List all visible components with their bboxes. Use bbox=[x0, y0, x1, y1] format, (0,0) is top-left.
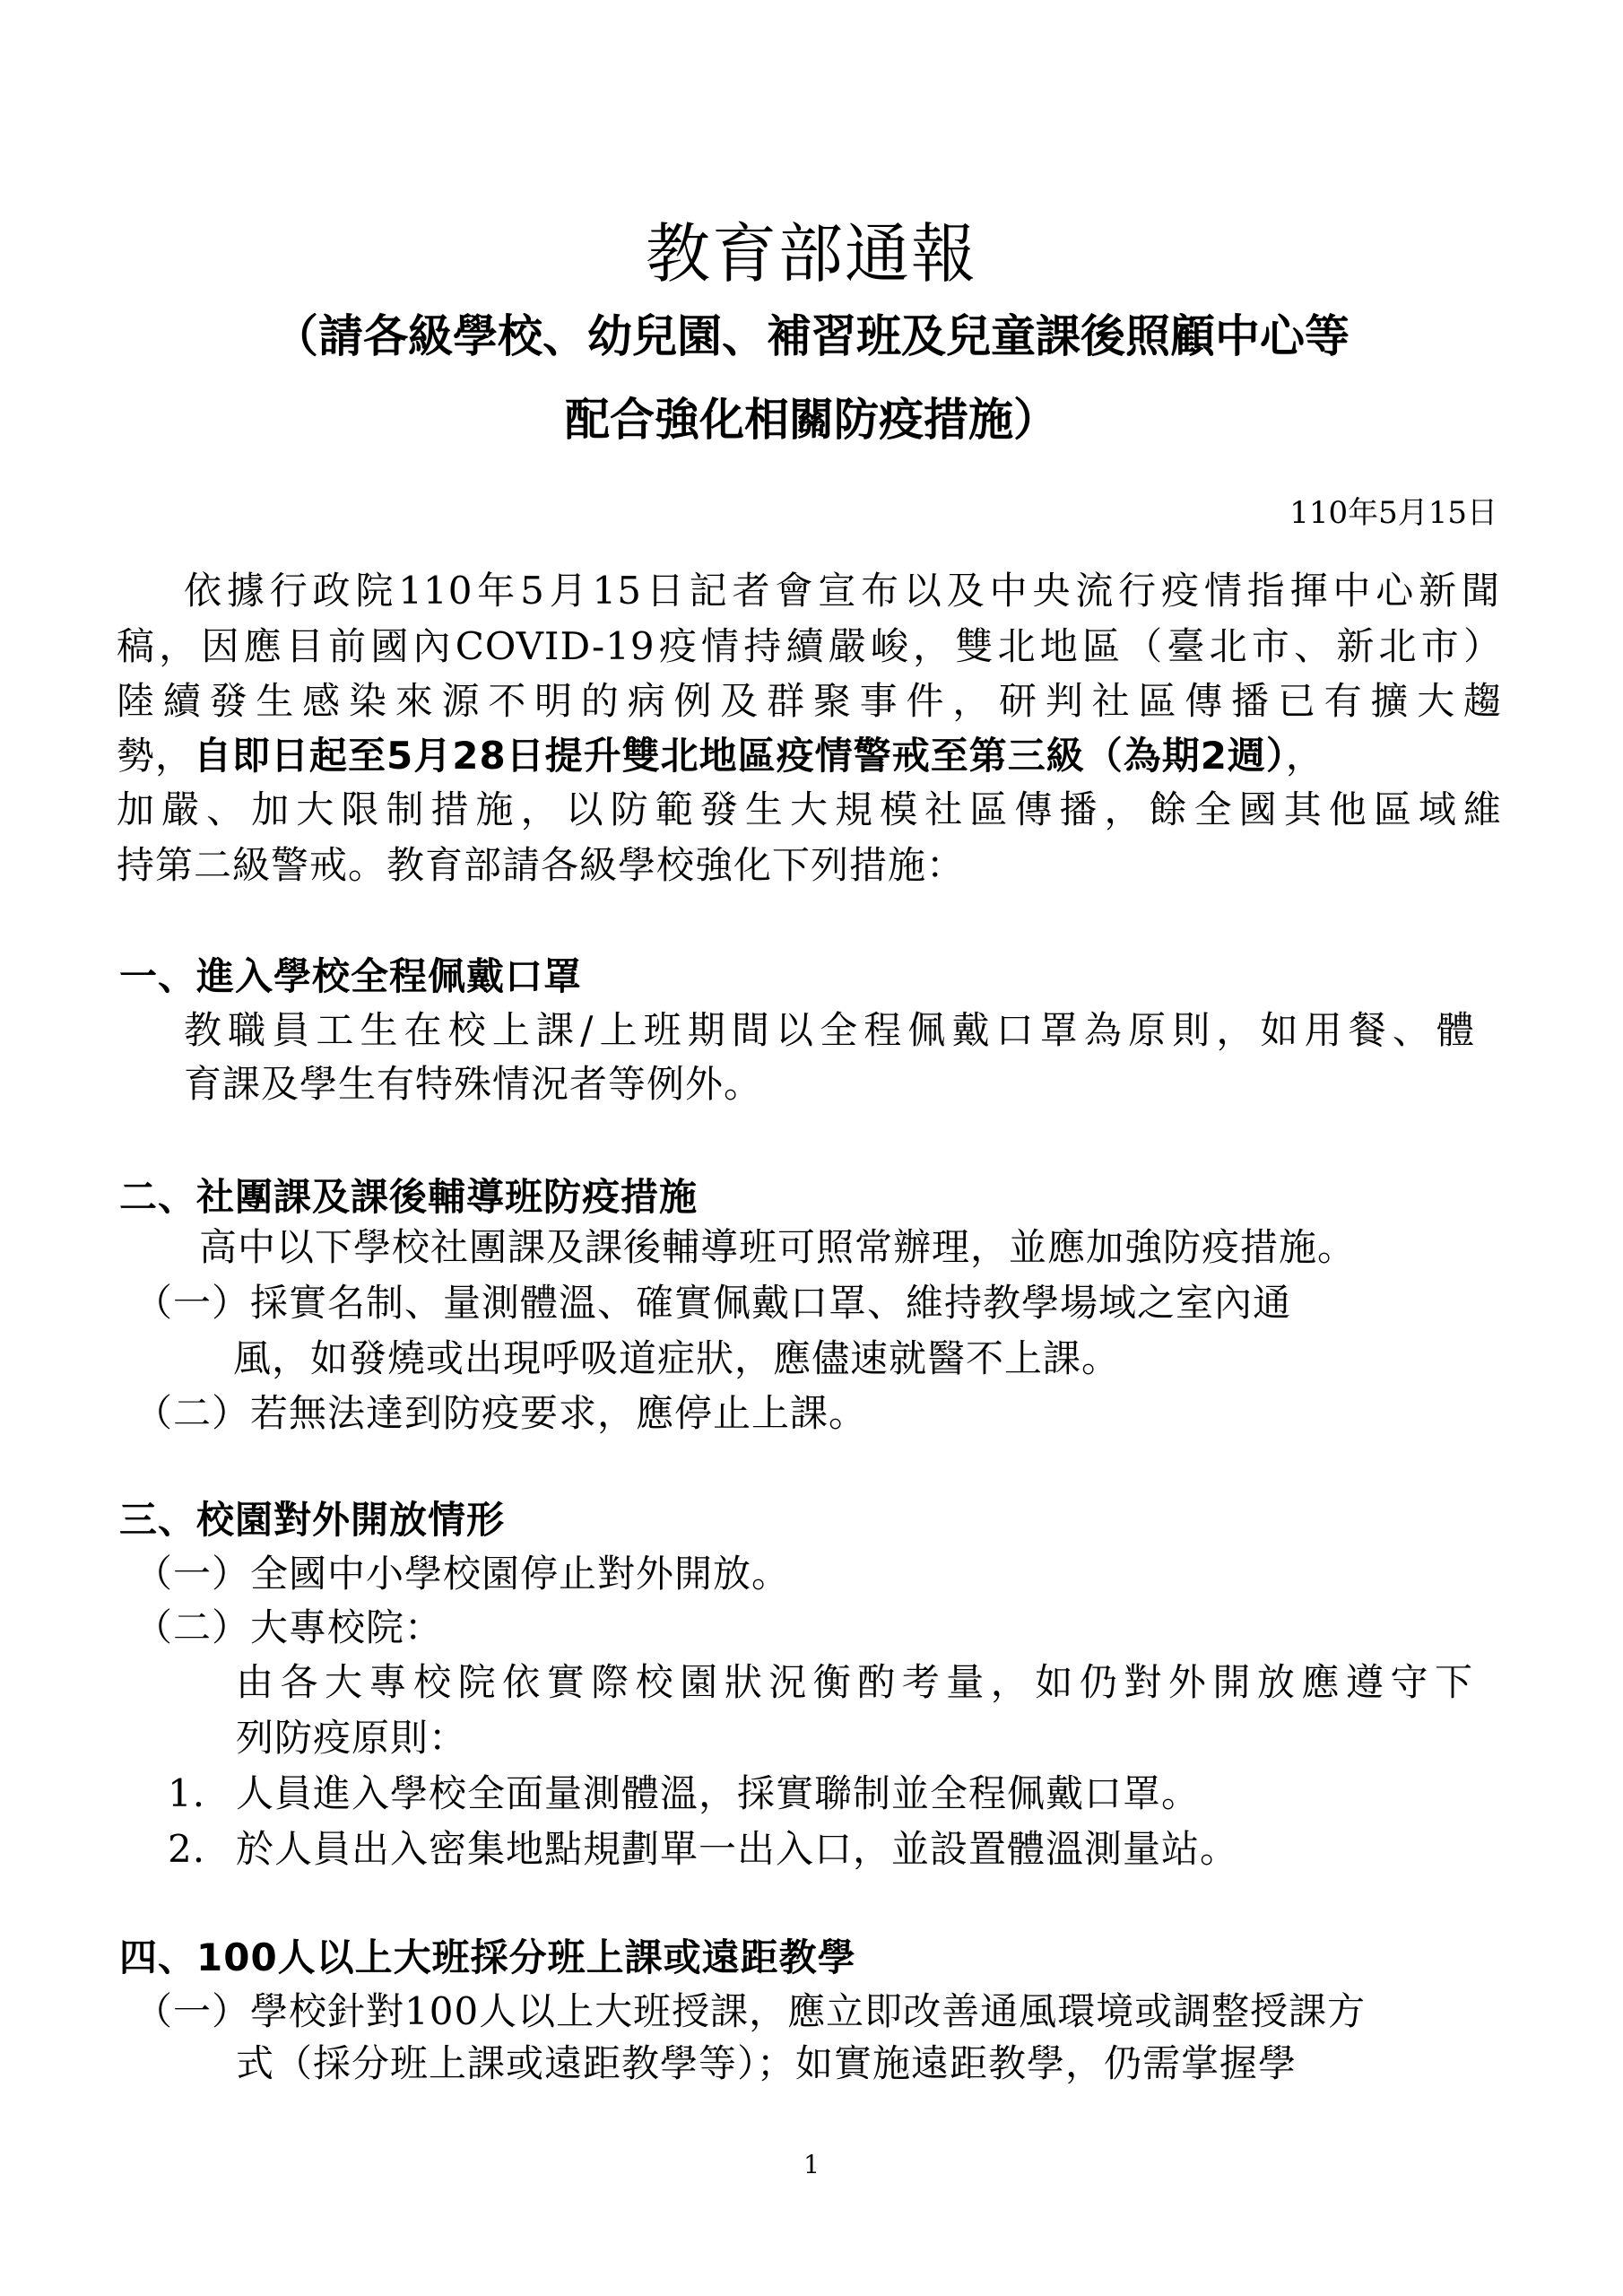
document-page: 教育部通報 （請各級學校、幼兒園、補習班及兒童課後照顧中心等 配合強化相關防疫措… bbox=[0, 0, 1623, 2296]
list-item-text: 大專校院： bbox=[250, 1605, 443, 1649]
document-title: 教育部通報 bbox=[0, 213, 1623, 294]
intro-emphasis: 自即日起至5月28日提升雙北地區疫情警戒至第三級（為期2週） bbox=[194, 734, 1286, 778]
list-marker: （二） bbox=[135, 1605, 250, 1650]
list-item-continuation: 風，如發燒或出現呼吸道症狀，應儘速就醫不上課。 bbox=[233, 1336, 1120, 1381]
intro-text: 勢， bbox=[117, 734, 194, 778]
document-subtitle-line2: 配合強化相關防疫措施） bbox=[0, 392, 1623, 448]
list-item: （一）學校針對100人以上大班授課，應立即改善通風環境或調整授課方 bbox=[135, 1989, 1366, 2034]
intro-text: ， bbox=[1286, 734, 1324, 778]
list-item: （一）採實名制、量測體溫、確實佩戴口罩、維持教學場域之室內通 bbox=[135, 1281, 1291, 1326]
numbered-marker: 2. bbox=[168, 1827, 236, 1872]
intro-line: 陸續發生感染來源不明的病例及群聚事件，研判社區傳播已有擴大趨 bbox=[117, 679, 1502, 724]
list-item-text: 若無法達到防疫要求，應停止上課。 bbox=[250, 1391, 867, 1435]
section-body-line: 育課及學生有特殊情況者等例外。 bbox=[184, 1062, 762, 1107]
list-marker: （一） bbox=[135, 1989, 250, 2034]
list-item-continuation: 式（採分班上課或遠距教學等）；如實施遠距教學，仍需掌握學 bbox=[236, 2041, 1297, 2086]
list-item-continuation: 由各大專校院依實際校園狀況衡酌考量，如仍對外開放應遵守下 bbox=[236, 1660, 1473, 1705]
list-item-text: 學校針對100人以上大班授課，應立即改善通風環境或調整授課方 bbox=[250, 1989, 1366, 2033]
document-subtitle-line1: （請各級學校、幼兒園、補習班及兒童課後照顧中心等 bbox=[0, 309, 1623, 364]
list-marker: （二） bbox=[135, 1391, 250, 1436]
list-item-continuation: 列防疫原則： bbox=[236, 1716, 467, 1761]
list-item: （一）全國中小學校園停止對外開放。 bbox=[135, 1552, 790, 1596]
section-heading: 二、社團課及課後輔導班防疫措施 bbox=[119, 1175, 698, 1220]
page-number: 1 bbox=[0, 2149, 1623, 2181]
section-body-line: 教職員工生在校上課/上班期間以全程佩戴口罩為原則，如用餐、體 bbox=[184, 1008, 1475, 1053]
list-item-text: 採實名制、量測體溫、確實佩戴口罩、維持教學場域之室內通 bbox=[250, 1281, 1291, 1325]
intro-line: 持第二級警戒。教育部請各級學校強化下列措施： bbox=[117, 843, 965, 888]
section-heading: 三、校園對外開放情形 bbox=[119, 1498, 505, 1543]
intro-line: 稿，因應目前國內COVID-19疫情持續嚴峻，雙北地區（臺北市、新北市） bbox=[117, 624, 1502, 669]
numbered-item-text: 人員進入學校全面量測體溫，採實聯制並全程佩戴口罩。 bbox=[236, 1771, 1200, 1815]
list-marker: （一） bbox=[135, 1552, 250, 1596]
numbered-item: 1.人員進入學校全面量測體溫，採實聯制並全程佩戴口罩。 bbox=[168, 1771, 1200, 1816]
intro-line: 依據行政院110年5月15日記者會宣布以及中央流行疫情指揮中心新聞 bbox=[184, 569, 1500, 613]
list-item: （二）若無法達到防疫要求，應停止上課。 bbox=[135, 1391, 867, 1436]
numbered-item: 2.於人員出入密集地點規劃單一出入口，並設置體溫測量站。 bbox=[168, 1827, 1238, 1872]
intro-line: 加嚴、加大限制措施，以防範發生大規模社區傳播，餘全國其他區域維 bbox=[117, 787, 1502, 832]
document-date: 110年5月15日 bbox=[1289, 493, 1497, 533]
list-item-text: 全國中小學校園停止對外開放。 bbox=[250, 1552, 790, 1596]
section-heading: 一、進入學校全程佩戴口罩 bbox=[119, 954, 582, 999]
section-body-line: 高中以下學校社團課及課後輔導班可照常辦理，並應加強防疫措施。 bbox=[199, 1225, 1356, 1270]
numbered-item-text: 於人員出入密集地點規劃單一出入口，並設置體溫測量站。 bbox=[236, 1827, 1238, 1871]
section-heading: 四、100人以上大班採分班上課或遠距教學 bbox=[119, 1935, 856, 1980]
list-marker: （一） bbox=[135, 1281, 250, 1326]
intro-line: 勢，自即日起至5月28日提升雙北地區疫情警戒至第三級（為期2週）， bbox=[117, 734, 1502, 778]
numbered-marker: 1. bbox=[168, 1771, 236, 1816]
list-item: （二）大專校院： bbox=[135, 1605, 443, 1650]
